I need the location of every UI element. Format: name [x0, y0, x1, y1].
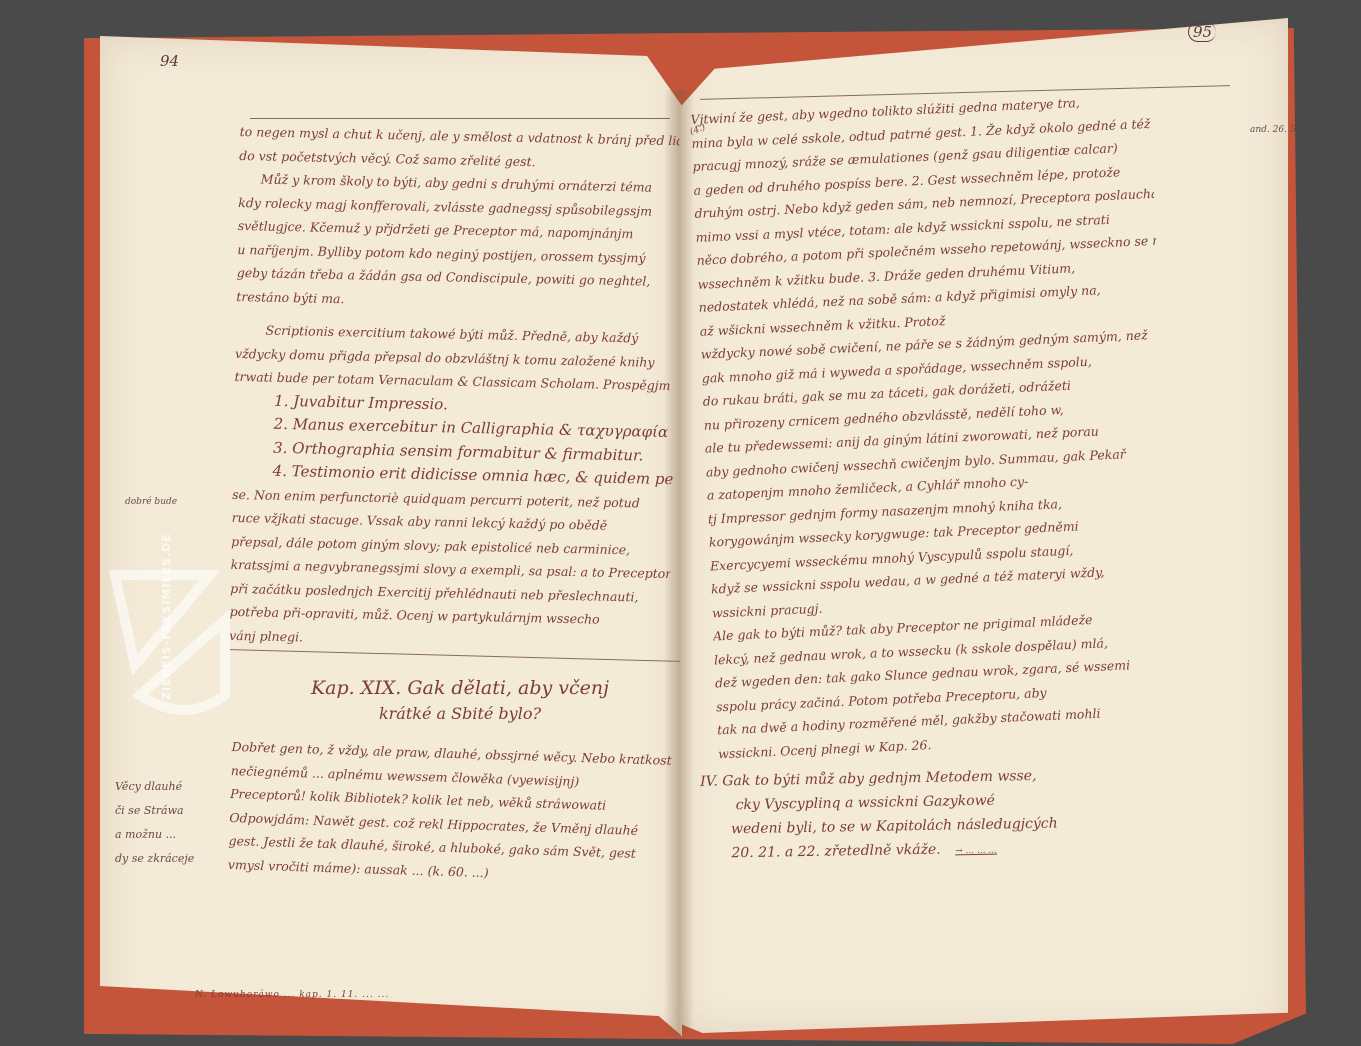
left-page-body: to negen mysl a chut k učenj, ale y směl… — [229, 120, 680, 656]
chapter-title-line2: krátké a Sbité bylo? — [250, 701, 670, 727]
folio-left: 94 — [160, 52, 179, 70]
chapter-title-line1: Kap. XIX. Gak dělati, aby včenj — [250, 675, 670, 701]
right-page-body: Vjtwiní že gest, aby wgedno tolikto slúž… — [690, 88, 1178, 765]
section-text: 20. 21. a 22. zřetedlně vkáže. — [731, 842, 940, 862]
watermark-text: ZIEREIS-FAKSIMILES.DE — [160, 533, 173, 700]
section-iv: IV. Gak to býti můž aby gednjm Metodem w… — [690, 760, 1252, 868]
section-trailing-note: → ... ... ... — [955, 846, 997, 857]
right-margin-note: and. 26. 5. — [1250, 125, 1298, 135]
chapter-heading: Kap. XIX. Gak dělati, aby včenj krátké a… — [250, 675, 670, 727]
margin-note-line: dy se zkráceje — [115, 847, 194, 871]
footnote: N. Lowuhoráwo ... kap. 1. 11. ... ... — [195, 990, 389, 1000]
folio-right: 95 — [1188, 22, 1216, 42]
margin-note-line: Věcy dlauhé — [115, 775, 194, 799]
margin-note-line: a možnu ... — [115, 823, 194, 847]
header-rule-left — [250, 118, 670, 119]
margin-note-line: či se Stráwa — [115, 799, 194, 823]
left-margin-note: dobré bude — [125, 497, 177, 507]
chapter-margin-notes: Věcy dlauhé či se Stráwa a možnu ... dy … — [115, 775, 194, 871]
chapter-body: Dobřet gen to, ž vždy, ale praw, dlauhé,… — [228, 735, 682, 890]
